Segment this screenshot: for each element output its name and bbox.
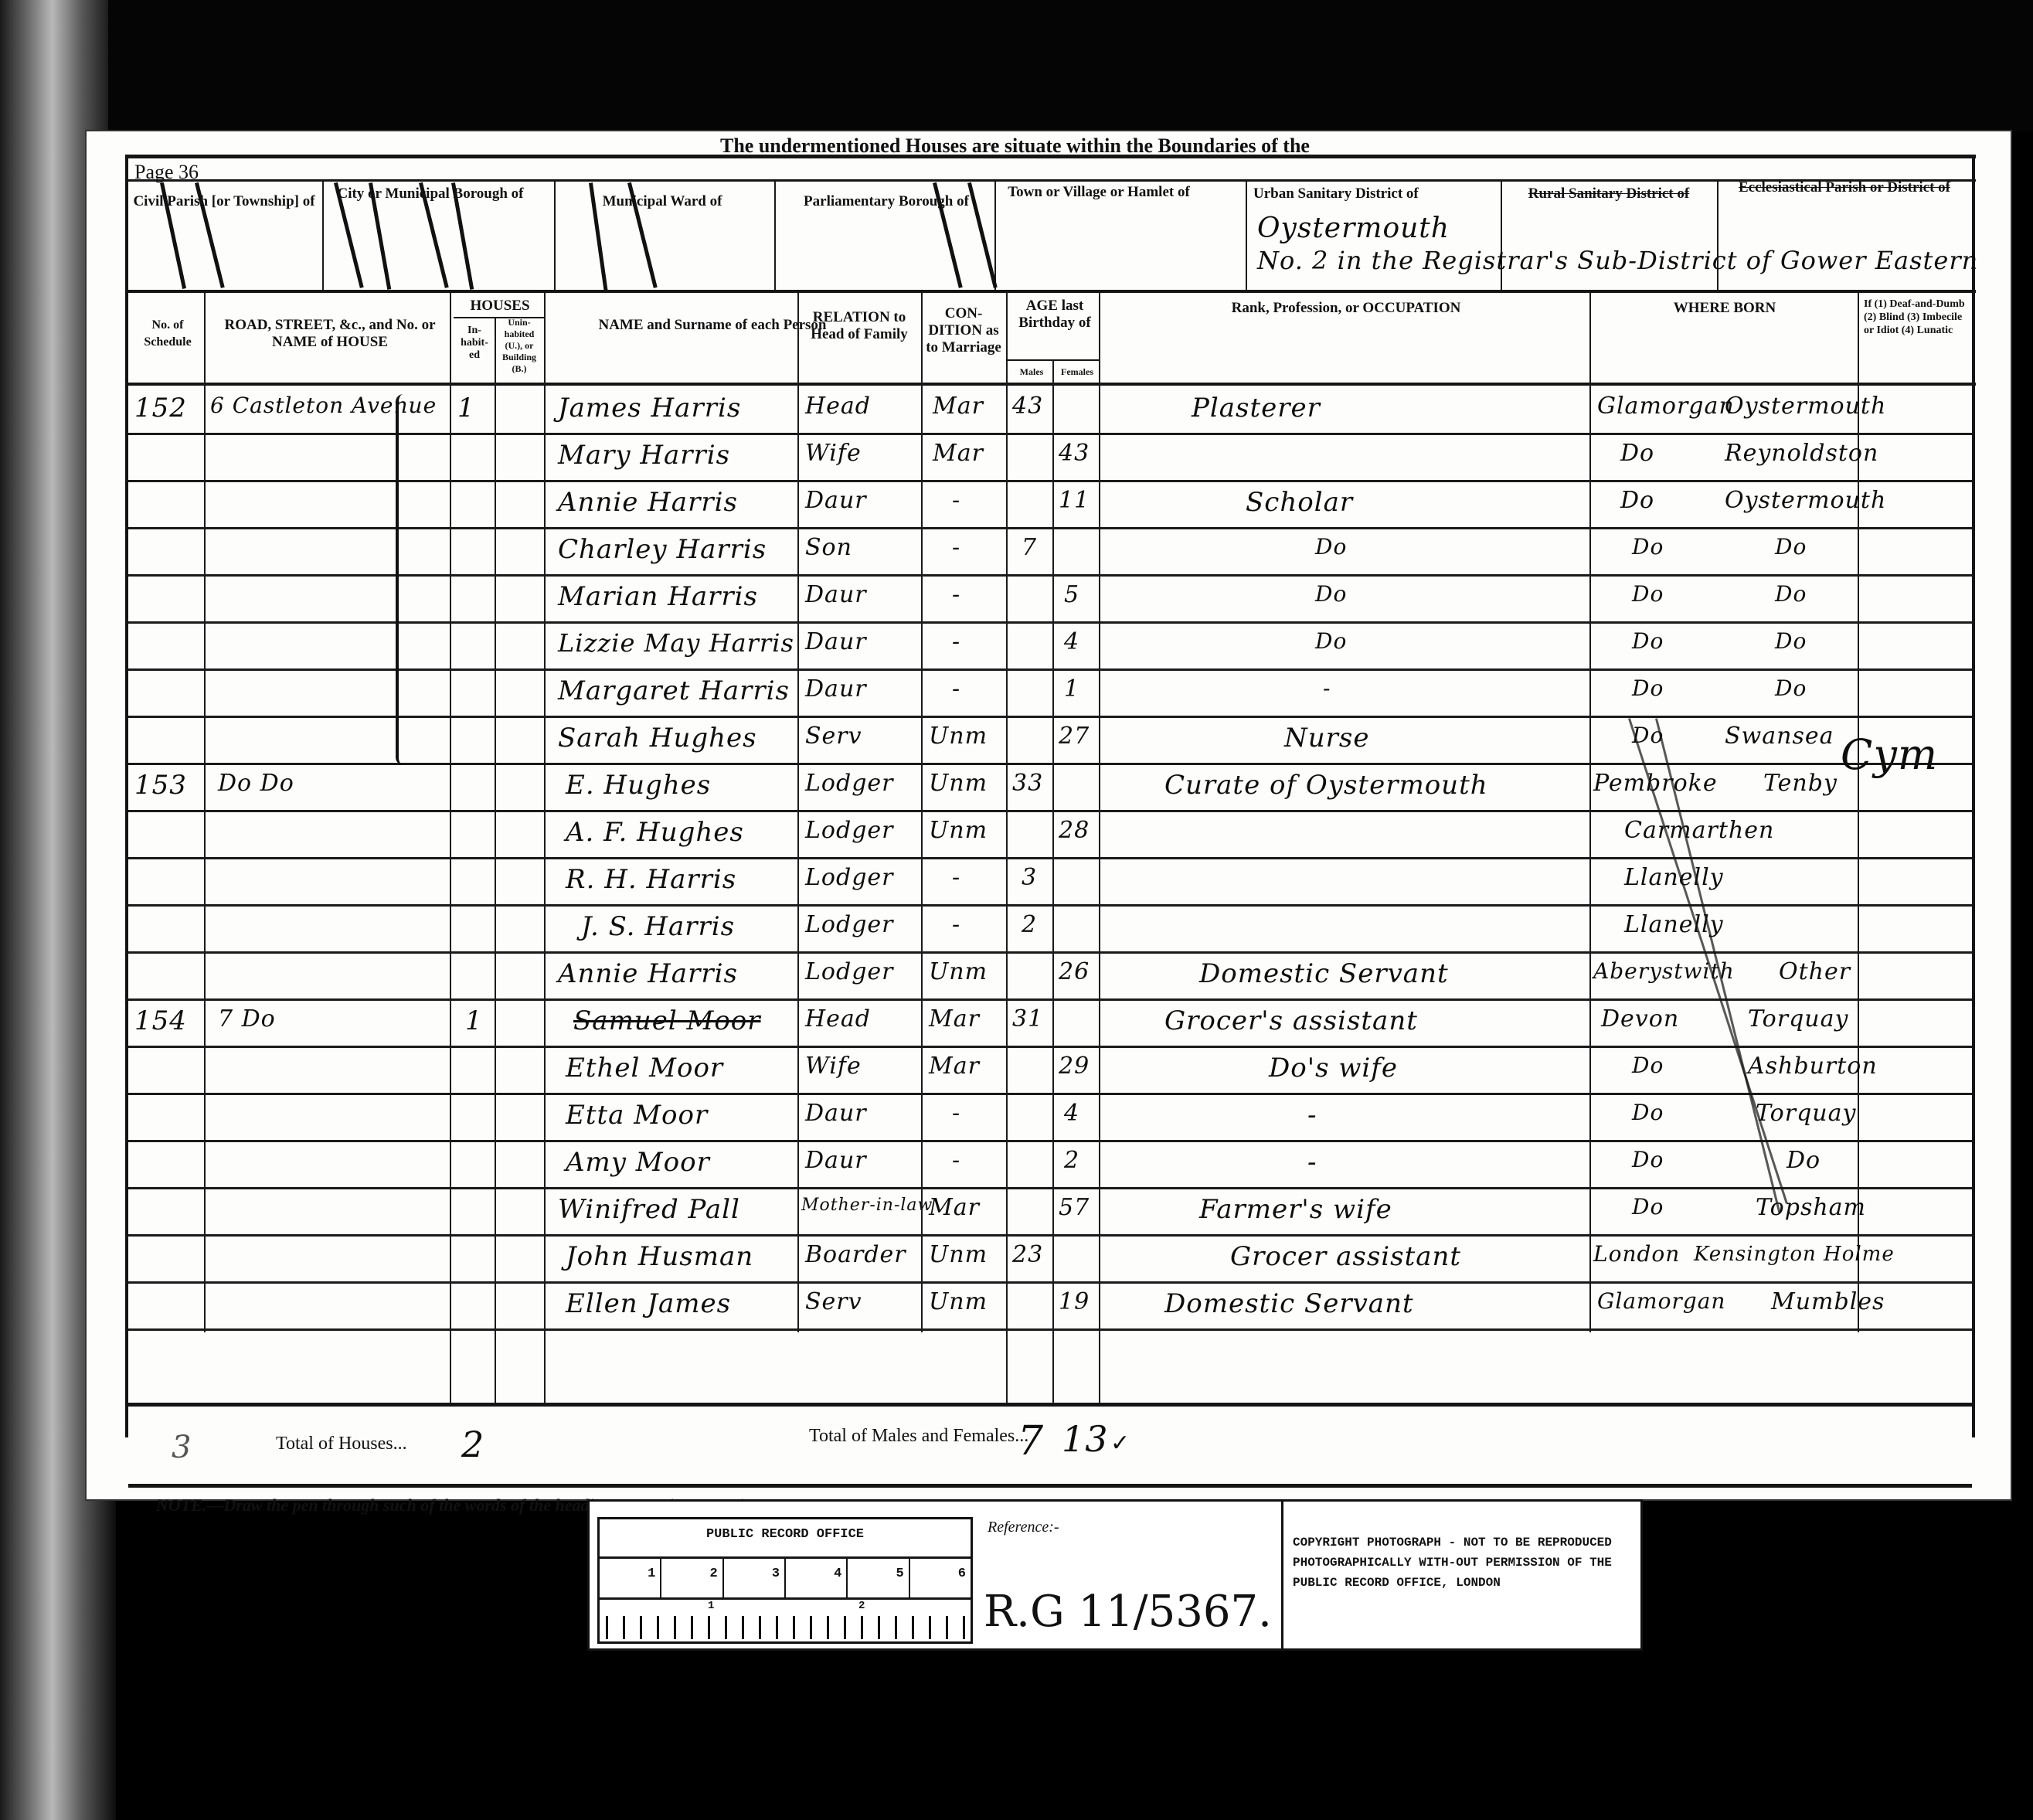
person-name: J. S. Harris: [581, 911, 735, 942]
condition: -: [952, 864, 960, 891]
born-county: Glamorgan: [1597, 393, 1735, 420]
born-county: London: [1593, 1241, 1680, 1267]
relation: Head: [805, 1005, 871, 1032]
relation: Lodger: [805, 911, 894, 938]
born-place: Torquay: [1748, 1005, 1848, 1032]
condition: Unm: [929, 817, 988, 844]
table-row[interactable]: Ethel Moor Wife Mar 29 Do's wife Do Ashb…: [87, 1046, 1972, 1094]
scale-box-2: 2: [661, 1559, 723, 1597]
col-condition: CON-DITION as to Marriage: [925, 305, 1002, 356]
person-name: A. F. Hughes: [566, 817, 744, 848]
table-row[interactable]: Winifred Pall Mother-in-law Mar 57 Farme…: [87, 1188, 1972, 1235]
scale-box-6: 6: [910, 1559, 971, 1597]
relation: Mother-in-law: [801, 1196, 933, 1215]
person-name: Ethel Moor: [566, 1053, 723, 1083]
col-age: AGE last Birthday of: [1008, 298, 1101, 332]
person-name: Samuel Moor: [573, 1005, 761, 1036]
relation: Wife: [805, 440, 862, 467]
condition: Mar: [933, 440, 984, 467]
scale-box-1: 1: [600, 1559, 661, 1597]
header-rule: [125, 290, 1976, 293]
born-county: Do: [1632, 1053, 1664, 1078]
born-place: Do: [1775, 628, 1807, 654]
born-county: Devon: [1601, 1005, 1679, 1032]
female-age: 19: [1059, 1288, 1090, 1315]
table-row[interactable]: R. H. Harris Lodger - 3 Llanelly: [87, 858, 1972, 905]
born-place: Do: [1775, 534, 1807, 560]
born-county: Do: [1632, 1100, 1664, 1125]
relation: Daur: [805, 581, 867, 608]
table-row[interactable]: Mary Harris Wife Mar 43 Do Reynoldston: [87, 434, 1972, 481]
column-header-rule: [125, 383, 1976, 386]
relation: Head: [805, 393, 871, 420]
census-page: Page 36 The undermentioned Houses are si…: [87, 131, 2011, 1499]
banner-rule: [125, 179, 1976, 182]
schedules-total: 3: [172, 1430, 192, 1465]
person-name: R. H. Harris: [566, 864, 736, 895]
condition: Unm: [929, 1241, 988, 1268]
born-place: Oystermouth: [1725, 487, 1886, 514]
born-place: Do: [1775, 581, 1807, 607]
born-county: Llanelly: [1624, 864, 1724, 891]
occupation: Grocer's assistant: [1164, 1005, 1418, 1036]
condition: -: [952, 911, 960, 938]
archive-label: PUBLIC RECORD OFFICE 1 2 3 4 5 6 1 2 Ref…: [587, 1499, 1643, 1651]
condition: -: [952, 675, 960, 702]
female-age: 4: [1064, 1100, 1079, 1127]
condition: Unm: [929, 723, 988, 750]
person-name: Charley Harris: [558, 534, 767, 565]
born-place: Tenby: [1763, 770, 1838, 797]
person-name: James Harris: [558, 393, 741, 424]
relation: Daur: [805, 1100, 867, 1127]
col-road: ROAD, STREET, &c., and No. or NAME of HO…: [210, 317, 450, 351]
persons-total-label: Total of Males and Females...: [809, 1426, 1028, 1447]
born-county: Do: [1632, 1147, 1664, 1172]
relation: Wife: [805, 1053, 862, 1080]
born-place: Torquay: [1756, 1100, 1856, 1127]
female-age: 5: [1064, 581, 1079, 608]
schedule-number: 154: [134, 1005, 187, 1036]
table-row[interactable]: 152 6 Castleton Avenue 1 James Harris He…: [87, 386, 1972, 434]
male-age: 23: [1012, 1241, 1043, 1268]
relation: Daur: [805, 628, 867, 655]
boundary-ecclesiastical: Ecclesiastical Parish or District of: [1721, 179, 1968, 196]
occupation: Plasterer: [1192, 393, 1321, 424]
occupation: Do: [1315, 581, 1347, 607]
born-county: Do: [1632, 534, 1664, 560]
person-name: Ellen James: [566, 1288, 731, 1319]
female-age: 26: [1059, 958, 1090, 985]
females-total: 13: [1062, 1418, 1109, 1460]
relation: Lodger: [805, 770, 894, 797]
table-row[interactable]: 153 Do Do E. Hughes Lodger Unm 33 Curate…: [87, 764, 1972, 811]
occupation: Grocer assistant: [1230, 1241, 1461, 1272]
condition: Mar: [929, 1005, 980, 1032]
born-county: Pembroke: [1593, 770, 1718, 797]
boundary-town-village: Town or Village or Hamlet of: [1006, 184, 1192, 201]
col-relation: RELATION to Head of Family: [797, 309, 921, 343]
total-check-mark: ✓: [1110, 1430, 1130, 1457]
table-row[interactable]: 154 7 Do 1 Samuel Moor Head Mar 31 Groce…: [87, 999, 1972, 1046]
born-place: Do: [1775, 675, 1807, 701]
occupation: -: [1307, 1147, 1317, 1178]
person-name: Annie Harris: [558, 487, 738, 518]
col-where-born: WHERE BORN: [1593, 300, 1856, 317]
female-age: 28: [1059, 817, 1090, 844]
table-row[interactable]: Margaret Harris Daur - 1 - Do Do: [87, 669, 1972, 716]
table-row[interactable]: Marian Harris Daur - 5 Do Do Do: [87, 575, 1972, 622]
person-name: Lizzie May Harris: [558, 628, 794, 658]
born-place: Other: [1779, 958, 1851, 985]
table-row[interactable]: Amy Moor Daur - 2 - Do Do: [87, 1141, 1972, 1188]
col-occupation: Rank, Profession, or OCCUPATION: [1107, 300, 1586, 317]
scale-box-4: 4: [786, 1559, 848, 1597]
male-age: 3: [1022, 864, 1037, 891]
occupation: -: [1307, 1100, 1317, 1131]
col-houses: HOUSES: [454, 298, 546, 315]
female-age: 11: [1059, 487, 1090, 514]
frame-right: [1972, 155, 1975, 1437]
boundary-municipal-borough: City or Municipal Borough of: [334, 185, 527, 202]
male-age: 31: [1012, 1005, 1043, 1032]
female-age: 27: [1059, 723, 1090, 750]
boundary-rural-sanitary: Rural Sanitary District of: [1508, 185, 1709, 202]
boundary-civil-parish: Civil Parish [or Township] of: [131, 193, 317, 210]
occupation: Do: [1315, 628, 1347, 654]
relation: Daur: [805, 487, 867, 514]
occupation: Scholar: [1246, 487, 1353, 518]
born-county: Do: [1620, 440, 1654, 467]
table-row[interactable]: Annie Harris Lodger Unm 26 Domestic Serv…: [87, 952, 1972, 999]
inhabited-count: 1: [457, 393, 475, 424]
born-place: Do: [1787, 1147, 1821, 1174]
relation: Son: [805, 534, 852, 561]
female-age: 43: [1059, 440, 1090, 467]
road-address: Do Do: [218, 770, 294, 797]
person-name: E. Hughes: [566, 770, 711, 801]
household-bracket: [396, 394, 410, 765]
boundary-urban-sanitary: Urban Sanitary District of: [1253, 185, 1485, 202]
condition: Mar: [933, 393, 984, 420]
person-name: John Husman: [566, 1241, 753, 1272]
condition: Unm: [929, 958, 988, 985]
person-name: Margaret Harris: [558, 675, 790, 706]
urban-district-value: Oystermouth: [1257, 213, 1450, 244]
male-age: 33: [1012, 770, 1043, 797]
table-row[interactable]: John Husman Boarder Unm 23 Grocer assist…: [87, 1235, 1972, 1282]
relation: Lodger: [805, 958, 894, 985]
condition: -: [952, 628, 960, 655]
reference-label: Reference:-: [988, 1519, 1059, 1536]
female-age: 57: [1059, 1194, 1090, 1221]
record-office-name: PUBLIC RECORD OFFICE: [600, 1527, 971, 1542]
relation: Daur: [805, 675, 867, 702]
born-county: Carmarthen: [1624, 817, 1774, 844]
occupation: Do: [1315, 534, 1347, 560]
boundary-parliamentary-borough: Parliamentary Borough of: [782, 193, 991, 210]
table-row[interactable]: Ellen James Serv Unm 19 Domestic Servant…: [87, 1282, 1972, 1329]
male-age: 7: [1022, 534, 1037, 561]
condition: Unm: [929, 1288, 988, 1315]
table-row[interactable]: J. S. Harris Lodger - 2 Llanelly: [87, 905, 1972, 952]
born-county: Do: [1632, 581, 1664, 607]
ruler-label-1: 1: [708, 1600, 714, 1612]
born-county: Glamorgan: [1597, 1288, 1725, 1314]
ruler-label-2: 2: [858, 1600, 865, 1612]
houses-total-value: 2: [461, 1424, 484, 1465]
condition: Mar: [929, 1194, 980, 1221]
person-name: Marian Harris: [558, 581, 758, 612]
road-address: 7 Do: [218, 1005, 276, 1032]
inhabited-count: 1: [465, 1005, 483, 1036]
ruler-ticks: [606, 1616, 969, 1639]
female-age: 4: [1064, 628, 1079, 655]
relation: Lodger: [805, 864, 894, 891]
reference-value: R.G 11/5367.: [984, 1587, 1272, 1637]
occupation: Domestic Servant: [1199, 958, 1449, 989]
condition: -: [952, 534, 960, 561]
born-place: Ashburton: [1748, 1053, 1878, 1080]
person-name: Etta Moor: [566, 1100, 708, 1131]
occupation: Domestic Servant: [1164, 1288, 1414, 1319]
born-place: Oystermouth: [1725, 393, 1886, 420]
totals-rule-top: [128, 1403, 1972, 1407]
table-row[interactable]: Charley Harris Son - 7 Do Do Do: [87, 528, 1972, 575]
males-total: 7: [1018, 1418, 1044, 1465]
born-place: Swansea: [1725, 723, 1834, 750]
female-age: 29: [1059, 1053, 1090, 1080]
sub-district-note: No. 2 in the Registrar's Sub-District of…: [1257, 246, 1978, 275]
margin-note: Cym: [1841, 730, 1938, 779]
col-infirmity: If (1) Deaf-and-Dumb (2) Blind (3) Imbec…: [1864, 298, 1972, 337]
schedule-number: 153: [134, 770, 187, 801]
person-name: Sarah Hughes: [558, 723, 757, 754]
banner-title: The undermentioned Houses are situate wi…: [720, 134, 1310, 158]
relation: Boarder: [805, 1241, 906, 1268]
born-county: Do: [1632, 628, 1664, 654]
female-age: 1: [1064, 675, 1079, 702]
person-name: Amy Moor: [566, 1147, 710, 1178]
scale-box-3: 3: [724, 1559, 786, 1597]
person-name: Winifred Pall: [558, 1194, 740, 1225]
born-place: Mumbles: [1771, 1288, 1885, 1315]
col-females: Females: [1054, 363, 1100, 380]
born-county: Do: [1620, 487, 1654, 514]
born-place: Reynoldston: [1725, 440, 1878, 467]
copyright-notice: COPYRIGHT PHOTOGRAPH - NOT TO BE REPRODU…: [1293, 1533, 1625, 1593]
occupation: Curate of Oystermouth: [1164, 770, 1488, 801]
occupation: Nurse: [1284, 723, 1369, 754]
female-age: 2: [1064, 1147, 1079, 1174]
table-row[interactable]: Lizzie May Harris Daur - 4 Do Do Do: [87, 622, 1972, 669]
condition: -: [952, 487, 960, 514]
born-place: Topsham: [1756, 1194, 1866, 1221]
person-name: Mary Harris: [558, 440, 730, 471]
col-schedule: No. of Schedule: [129, 317, 206, 351]
col-uninhabited: Unin-habited (U.), or Building (B.): [496, 317, 542, 375]
scale-box-5: 5: [848, 1559, 909, 1597]
table-row[interactable]: Etta Moor Daur - 4 - Do Torquay: [87, 1094, 1972, 1141]
occupation: -: [1323, 675, 1331, 701]
table-row[interactable]: Sarah Hughes Serv Unm 27 Nurse Do Swanse…: [87, 716, 1972, 764]
relation: Lodger: [805, 817, 894, 844]
relation: Daur: [805, 1147, 867, 1174]
condition: -: [952, 1100, 960, 1127]
condition: -: [952, 1147, 960, 1174]
scan-border-top: [108, 0, 2033, 131]
occupation: Do's wife: [1269, 1053, 1398, 1083]
col-males: Males: [1008, 363, 1055, 380]
male-age: 43: [1012, 393, 1043, 420]
condition: Mar: [929, 1053, 980, 1080]
scale-boxes: 1 2 3 4 5 6: [600, 1559, 971, 1597]
houses-total-label: Total of Houses...: [276, 1434, 407, 1454]
occupation: Farmer's wife: [1199, 1194, 1392, 1225]
totals-rule-bottom: [128, 1484, 1972, 1488]
condition: Unm: [929, 770, 988, 797]
born-county: Do: [1632, 675, 1664, 701]
table-row[interactable]: Annie Harris Daur - 11 Scholar Do Oyster…: [87, 481, 1972, 528]
male-age: 2: [1022, 911, 1037, 938]
relation: Serv: [805, 1288, 862, 1315]
born-place: Kensington Holme: [1694, 1243, 1895, 1266]
schedule-number: 152: [134, 393, 187, 424]
born-county: Do: [1632, 1194, 1664, 1220]
condition: -: [952, 581, 960, 608]
relation: Serv: [805, 723, 862, 750]
person-name: Annie Harris: [558, 958, 738, 989]
col-inhabited: In-habit-ed: [456, 325, 493, 362]
